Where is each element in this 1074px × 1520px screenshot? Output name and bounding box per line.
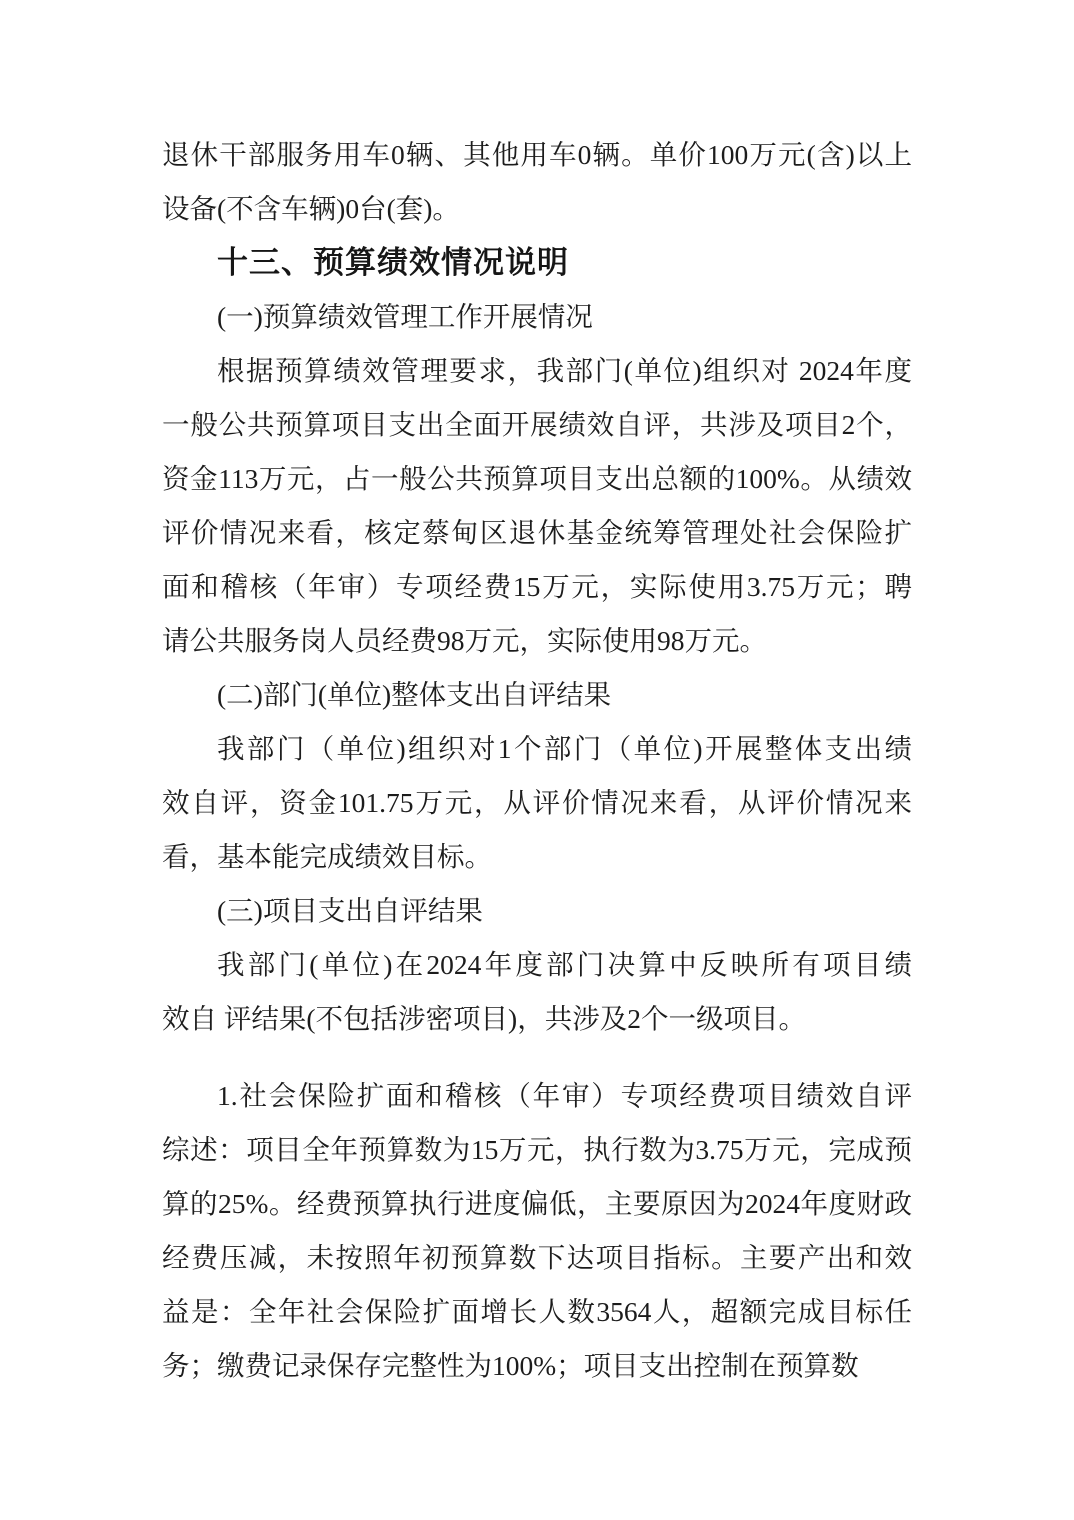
paragraph-line: 综述：项目全年预算数为15万元，执行数为3.75万元，完成预 xyxy=(162,1123,912,1177)
paragraph-line: 评价情况来看，核定蔡甸区退休基金统筹管理处社会保险扩 xyxy=(162,506,912,560)
paragraph-line: 经费压减，未按照年初预算数下达项目指标。主要产出和效 xyxy=(162,1231,912,1285)
paragraph-line: 一般公共预算项目支出全面开展绩效自评，共涉及项目2个， xyxy=(162,398,912,452)
text-block: 退休干部服务用车0辆、其他用车0辆。单价100万元(含)以上 设备(不含车辆)0… xyxy=(162,128,912,1393)
paragraph-line: 资金113万元，占一般公共预算项目支出总额的100%。从绩效 xyxy=(162,452,912,506)
numbered-item-line: 1.社会保险扩面和稽核（年审）专项经费项目绩效自评 xyxy=(162,1069,912,1123)
paragraph-line: 算的25%。经费预算执行进度偏低，主要原因为2024年度财政 xyxy=(162,1177,912,1231)
paragraph-end-line: 看，基本能完成绩效目标。 xyxy=(162,830,912,884)
paragraph-end-line: 效自 评结果(不包括涉密项目)，共涉及2个一级项目。 xyxy=(162,992,912,1046)
paragraph-line: 益是：全年社会保险扩面增长人数3564人，超额完成目标任 xyxy=(162,1285,912,1339)
section-heading: 十三、预算绩效情况说明 xyxy=(162,236,912,290)
subsection-heading-3: (三)项目支出自评结果 xyxy=(162,884,912,938)
paragraph-line: 我部门(单位)在2024年度部门决算中反映所有项目绩 xyxy=(162,938,912,992)
paragraph-line: 我部门（单位)组织对1个部门（单位)开展整体支出绩 xyxy=(162,722,912,776)
document-page: 退休干部服务用车0辆、其他用车0辆。单价100万元(含)以上 设备(不含车辆)0… xyxy=(0,0,1074,1520)
paragraph-line: 效自评，资金101.75万元，从评价情况来看，从评价情况来 xyxy=(162,776,912,830)
paragraph-continuation-line: 退休干部服务用车0辆、其他用车0辆。单价100万元(含)以上 xyxy=(162,128,912,182)
subsection-heading-2: (二)部门(单位)整体支出自评结果 xyxy=(162,668,912,722)
paragraph-end-line: 请公共服务岗人员经费98万元，实际使用98万元。 xyxy=(162,614,912,668)
paragraph-line: 根据预算绩效管理要求，我部门(单位)组织对 2024年度 xyxy=(162,344,912,398)
paragraph-continuation-line: 务；缴费记录保存完整性为100%；项目支出控制在预算数 xyxy=(162,1339,912,1393)
paragraph-line: 面和稽核（年审）专项经费15万元，实际使用3.75万元；聘 xyxy=(162,560,912,614)
subsection-heading-1: (一)预算绩效管理工作开展情况 xyxy=(162,290,912,344)
paragraph-end-line: 设备(不含车辆)0台(套)。 xyxy=(162,182,912,236)
